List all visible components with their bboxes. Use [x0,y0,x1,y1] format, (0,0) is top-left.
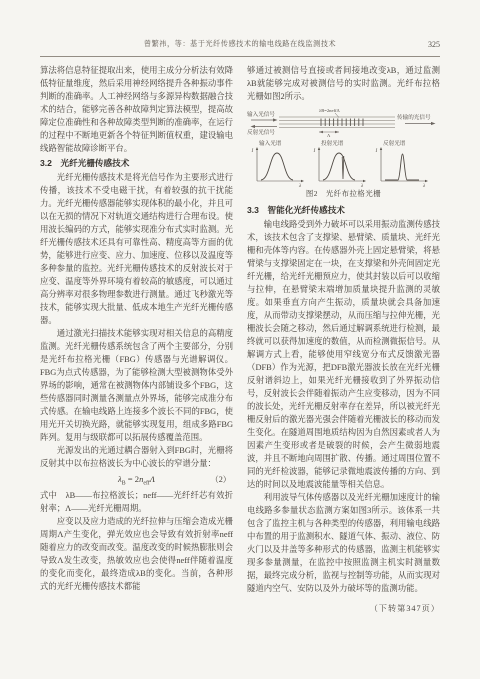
equation-2: λB = 2neffΛ （2） [40,472,233,487]
period-right-arrowhead-icon [335,131,339,133]
section-heading-3-2: 3.2 光纤光栅传感技术 [40,157,233,170]
paragraph-top-continuation: 够通过被测信号直接或者间接地改变λB，通过监测λB就能够完成对被测信号的实时监测… [247,64,440,103]
paragraph-intro: 算法将信息特征提取出来，使用主成分分析法有效降低特征量维度，然后采用神经网络提升… [40,64,233,155]
page-number: 325 [428,40,440,49]
transmitted-arrowhead-icon [431,122,436,125]
grating-ticks [321,119,363,127]
fbg-diagram: 输入光信号 反射光信号 [247,107,440,187]
input-signal-label: 输入光信号 [247,110,275,118]
input-arrowhead-icon [273,118,278,121]
transmitted-spectrum-y-label: I [313,149,316,154]
transmitted-spectrum-x-label: λ [360,184,364,187]
paragraph-where: 式中 λB——布拉格波长；neff——光纤纤芯有效折射率；Λ——光纤光栅周期。 [40,489,233,515]
transmitted-spectrum-plot: I λ [313,147,367,187]
continuation-note: （下转第347页） [247,602,440,615]
reflected-spectrum-title: 反射光谱 [383,139,406,147]
bragg-condition-label: λB=2neffΛ [319,108,340,113]
input-spectrum-curve [261,153,293,180]
transmitted-spectrum-notch [342,156,344,179]
two-column-body: 算法将信息特征提取出来，使用主成分分析法有效降低特征量维度，然后采用神经网络提升… [40,64,440,615]
reflected-spectrum-x-label: λ [422,184,426,187]
transmitted-spectrum-curve [323,153,355,180]
page-header: 曾繁祎，等：基于光纤传感技术的输电线路在线监测技术 325 [40,0,440,57]
input-spectrum-plot: I λ [251,147,305,187]
grating-period-label: Λ [327,133,331,138]
paragraph-fbg-2: 通过激光扫描技术能够实现对相关信息的高精度监测。光纤光栅传感系统包含了两个主要部… [40,327,233,444]
reflected-arrowhead-icon [251,125,256,128]
paragraph-monitoring-scheme: 利用波导气体传感器以及光纤光栅加速度计的输电线路多参量状态监测方案如图3所示。该… [247,491,440,595]
equation-number: （2） [211,472,231,487]
reflected-spectrum-plot: I λ [375,147,429,187]
input-spectrum-y-label: I [251,149,254,154]
reflected-signal-label: 反射光信号 [247,128,275,136]
left-column: 算法将信息特征提取出来，使用主成分分析法有效降低特征量维度，然后采用神经网络提升… [40,64,233,615]
transmitted-spectrum-title: 投射光谱 [321,139,344,147]
figure-2-caption: 图2 光纤布拉格光栅 [247,188,440,199]
period-left-arrowhead-icon [319,131,323,133]
right-column: 够通过被测信号直接或者间接地改变λB，通过监测λB就能够完成对被测信号的实时监测… [247,64,440,615]
paper-page: 曾繁祎，等：基于光纤传感技术的输电线路在线监测技术 325 算法将信息特征提取出… [0,0,480,679]
equation-body: λB = 2neffΛ [118,474,155,484]
paragraph-strain: 应变以及应力造成的光纤拉伸与压缩会造成光栅周期Λ产生变化，弹光效应也会导致有效折… [40,515,233,593]
transmitted-signal-label: 传输的光信号 [397,113,431,121]
reflected-spectrum-curve [385,154,419,180]
paragraph-vibration: 输电线路受到外力破坏可以采用振动监测传感技术，该技术包含了支撑梁、悬臂梁、质量块… [247,218,440,491]
paragraph-light-source: 光源发出的光通过耦合器射入到FBG时，光栅将反射其中以布拉格波长为中心波长的窄谱… [40,444,233,470]
paragraph-fbg-1: 光纤光栅传感技术是将光信号作为主要形式进行传播，该技术不受电磁干扰，有着较强的抗… [40,171,233,327]
input-spectrum-title: 输入光谱 [259,139,282,147]
fiber-lines [279,117,395,128]
figure-2: 输入光信号 反射光信号 [247,107,440,199]
input-spectrum-x-label: λ [298,184,302,187]
reflected-spectrum-y-label: I [375,149,378,154]
running-title: 曾繁祎，等：基于光纤传感技术的输电线路在线监测技术 [40,40,440,49]
section-heading-3-3: 3.3 智能化光纤传感技术 [247,204,440,217]
